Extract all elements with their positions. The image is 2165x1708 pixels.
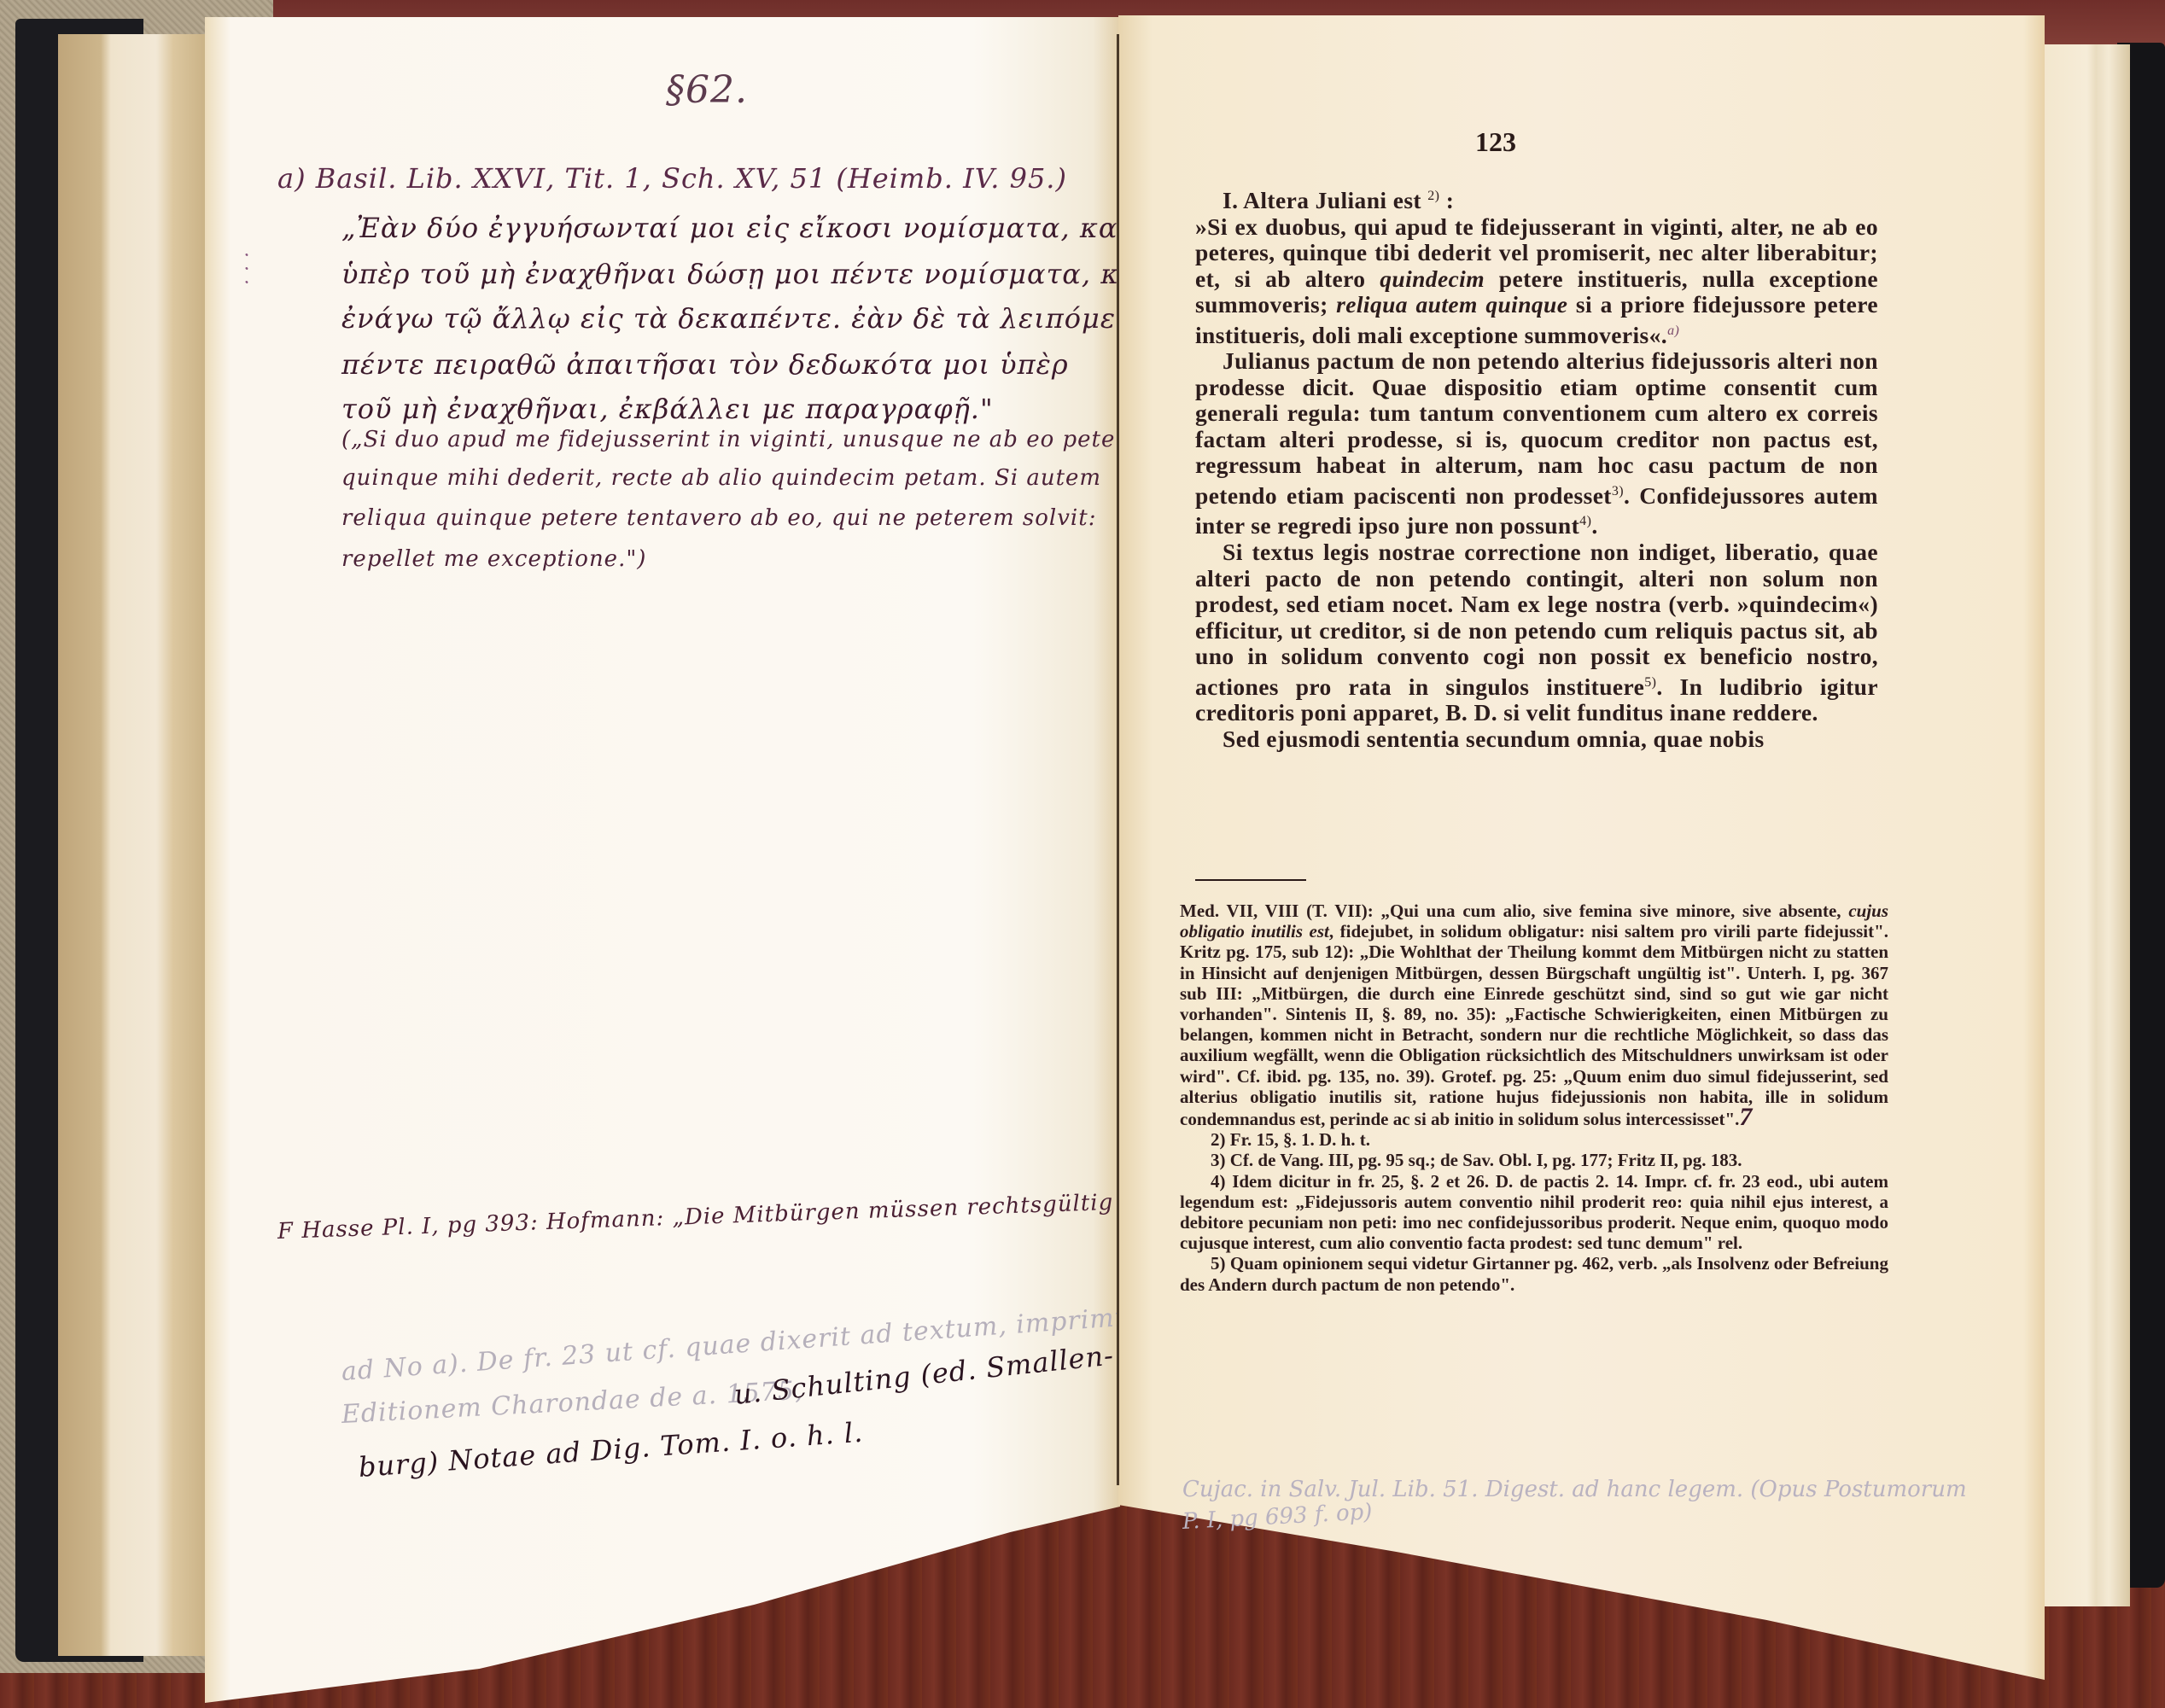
greek-line: τοῦ μὴ ἐναχθῆναι, ἐκβάλλει με παραγραφῇ.… xyxy=(341,393,994,425)
page-stack-left xyxy=(58,34,207,1656)
page-number: 123 xyxy=(1475,126,1516,158)
margin-marks: · · · xyxy=(235,252,256,286)
paragraph: Julianus pactum de non petendo alterius … xyxy=(1195,348,1878,539)
paragraph: Si textus legis nostrae correctione non … xyxy=(1195,539,1878,726)
footnote-item: 3) Cf. de Vang. III, pg. 95 sq.; de Sav.… xyxy=(1180,1150,1888,1170)
handwritten-mark: a) xyxy=(1667,324,1679,338)
handwritten-note-reference: a) Basil. Lib. XXVI, Tit. 1, Sch. XV, 51… xyxy=(277,162,1067,195)
section-heading: §62. xyxy=(666,68,748,112)
footnote-text: Med. VII, VIII (T. VII): „Qui una cum al… xyxy=(1180,901,1848,921)
latin-translation-line: quinque mihi dederit, recte ab alio quin… xyxy=(341,465,1101,491)
heading-text: I. Altera Juliani est xyxy=(1223,187,1421,213)
page-stack-right xyxy=(2036,44,2130,1606)
paragraph-text: . xyxy=(1591,513,1597,539)
pencil-note-line: Cujac. in Salv. Jul. Lib. 51. Digest. ad… xyxy=(1182,1477,1967,1502)
greek-line: ὑπὲρ τοῦ μὴ ἐναχθῆναι δώσῃ μοι πέντε νομ… xyxy=(341,258,1196,290)
handwritten-mark: 7 xyxy=(1739,1103,1752,1131)
latin-translation-line: reliqua quinque petere tentavero ab eo, … xyxy=(341,505,1096,531)
footnote-divider xyxy=(1195,879,1306,881)
footnote-marker: 5) xyxy=(1644,675,1656,690)
heading-tail: : xyxy=(1446,187,1455,213)
gutter-binding-line xyxy=(1117,34,1119,1485)
latin-translation-line: („Si duo apud me fidejusserint in vigint… xyxy=(341,427,1170,452)
greek-line: „Ἐὰν δύο ἐγγυήσωνταί μοι εἰς εἴκοσι νομί… xyxy=(341,212,1209,244)
footnote-text: , fidejubet, in solidum obligatur: nisi … xyxy=(1180,921,1888,1129)
footnote-continued: Med. VII, VIII (T. VII): „Qui una cum al… xyxy=(1180,901,1888,1129)
main-text: I. Altera Juliani est 2) : »Si ex duobus… xyxy=(1195,184,1878,752)
greek-line: ἐνάγω τῷ ἄλλῳ εἰς τὰ δεκαπέντε. ἐὰν δὲ τ… xyxy=(341,302,1153,335)
footnote-item: 2) Fr. 15, §. 1. D. h. t. xyxy=(1180,1129,1888,1150)
footnote-marker: 2) xyxy=(1427,189,1439,203)
quoted-law-text: »Si ex duobus, qui apud te fidejusserant… xyxy=(1195,214,1878,349)
footnote-item: 4) Idem dicitur in fr. 25, §. 2 et 26. D… xyxy=(1180,1171,1888,1254)
latin-translation-line: repellet me exceptione.") xyxy=(341,546,646,572)
footnote-marker: 3) xyxy=(1612,484,1624,498)
quote-emphasis: quindecim xyxy=(1380,265,1485,292)
quote-emphasis: reliqua autem quinque xyxy=(1336,291,1567,318)
footnote-item: 5) Quam opinionem sequi videtur Girtanne… xyxy=(1180,1253,1888,1294)
paragraph: Sed ejusmodi sententia secundum omnia, q… xyxy=(1195,726,1878,753)
paragraph-heading: I. Altera Juliani est 2) : xyxy=(1195,184,1878,214)
greek-line: πέντε πειραθῶ ἀπαιτῆσαι τὸν δεδωκότα μοι… xyxy=(341,348,1069,381)
footnote-marker: 4) xyxy=(1579,514,1591,528)
footnotes: Med. VII, VIII (T. VII): „Qui una cum al… xyxy=(1180,901,1888,1295)
